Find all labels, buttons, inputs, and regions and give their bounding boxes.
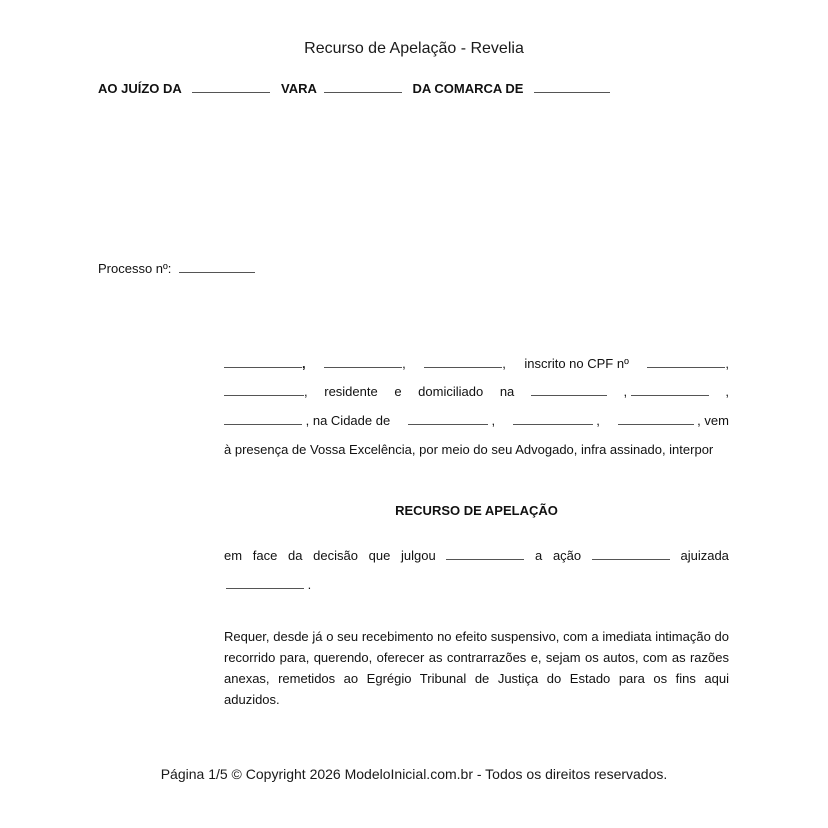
blank-field-street xyxy=(531,385,607,396)
word: julgou xyxy=(401,548,436,563)
cpf-label: inscrito no CPF nº xyxy=(524,356,628,371)
address-part-comarca: DA COMARCA DE xyxy=(412,81,523,96)
word: face xyxy=(253,548,278,563)
blank-field-comarca xyxy=(534,82,610,93)
text-domiciliado: domiciliado xyxy=(418,384,483,399)
word: em xyxy=(224,548,242,563)
blank-field-name xyxy=(224,357,302,368)
blank-field-district xyxy=(224,414,302,425)
page-footer: Página 1/5 © Copyright 2026 ModeloInicia… xyxy=(0,766,828,782)
word: que xyxy=(369,548,391,563)
decision-line: em face da decisão que julgou a ação aju… xyxy=(224,548,729,563)
word: ajuizada xyxy=(680,548,728,563)
word: da xyxy=(288,548,302,563)
blank-field-action xyxy=(592,549,670,560)
party-line-1: , , , inscrito no CPF nº , xyxy=(224,356,729,371)
word: decisão xyxy=(313,548,358,563)
text-residente: residente xyxy=(324,384,377,399)
address-part-juizo: AO JUÍZO DA xyxy=(98,81,181,96)
blank-field-judgment xyxy=(446,549,524,560)
process-number-line: Processo nº: xyxy=(98,261,255,276)
blank-field-vara xyxy=(324,82,402,93)
address-part-vara: VARA xyxy=(281,81,316,96)
word: ação xyxy=(553,548,581,563)
section-heading: RECURSO DE APELAÇÃO xyxy=(224,503,729,518)
blank-field-nationality xyxy=(324,357,402,368)
blank-field-number xyxy=(631,385,709,396)
process-label: Processo nº: xyxy=(98,261,171,276)
party-line-3: , na Cidade de , , , vem xyxy=(224,413,729,428)
blank-field-zip xyxy=(618,414,694,425)
word: a xyxy=(535,548,542,563)
blank-field-juizo xyxy=(192,82,270,93)
party-line-2: , residente e domiciliado na , , xyxy=(224,384,729,399)
text-na-cidade-de: , na Cidade de xyxy=(306,413,391,428)
paragraph-presence: à presença de Vossa Excelência, por meio… xyxy=(224,439,729,460)
blank-field-filed-by xyxy=(226,578,304,589)
blank-field-civil-status xyxy=(424,357,502,368)
text-e: e xyxy=(394,384,401,399)
paragraph-request: Requer, desde já o seu recebimento no ef… xyxy=(224,626,729,710)
document-title: Recurso de Apelação - Revelia xyxy=(0,40,828,58)
blank-field-cpf xyxy=(647,357,725,368)
blank-field-process-number xyxy=(179,262,255,273)
blank-field-profession xyxy=(224,385,304,396)
blank-field-city xyxy=(408,414,488,425)
decision-line-2: . xyxy=(226,577,311,592)
text-na: na xyxy=(500,384,514,399)
text-vem: , vem xyxy=(697,413,729,428)
court-address-line: AO JUÍZO DA VARA DA COMARCA DE xyxy=(98,81,610,96)
blank-field-state xyxy=(513,414,593,425)
